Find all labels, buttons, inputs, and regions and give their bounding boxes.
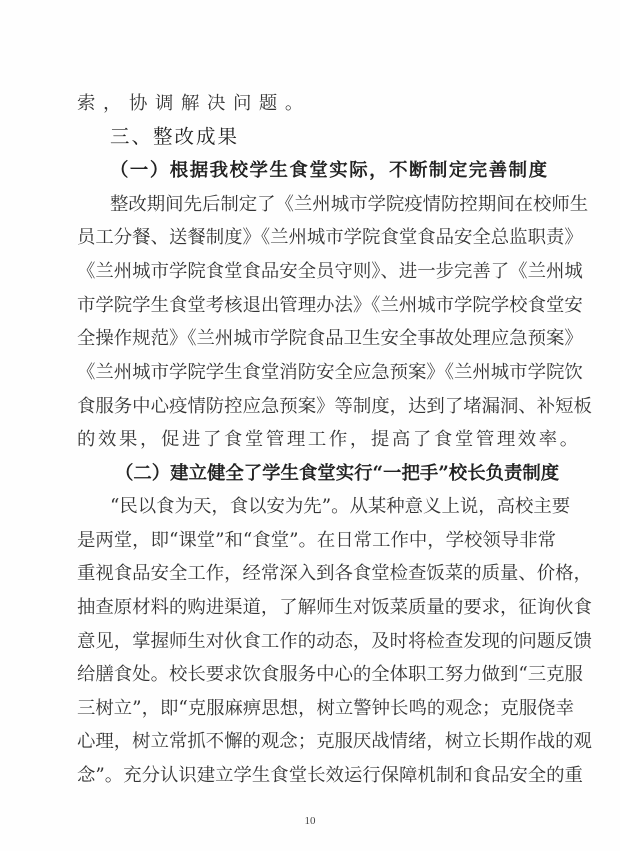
subsection-heading-2: （二）建立健全了学生食堂实行“一把手”校长负责制度: [115, 461, 547, 487]
body-line: 《兰州城市学院学生食堂消防安全应急预案》《兰州城市学院饮: [77, 360, 547, 386]
body-line: 三树立”，即“克服麻痹思想，树立警钟长鸣的观念；克服侥幸: [77, 696, 547, 722]
body-line: 是两堂，即“课堂”和“食堂”。在日常工作中，学校领导非常: [77, 528, 547, 554]
page-number: 10: [0, 815, 620, 827]
body-line: 心理，树立常抓不懈的观念；克服厌战情绪，树立长期作战的观: [77, 729, 547, 755]
body-line: 的效果，促进了食堂管理工作，提高了食堂管理效率。: [77, 427, 547, 453]
body-line: 全操作规范》《兰州城市学院食品卫生安全事故处理应急预案》: [77, 326, 547, 352]
section-heading-3: 三、整改成果: [110, 124, 580, 150]
body-line: 给膳食处。校长要求饮食服务中心的全体职工努力做到“三克服: [77, 662, 547, 688]
paragraph-continuation-line: 索，协调解决问题。: [77, 91, 547, 117]
body-line: 重视食品安全工作，经常深入到各食堂检查饭菜的质量、价格，: [77, 561, 547, 587]
body-line: 食服务中心疫情防控应急预案》等制度，达到了堵漏洞、补短板: [77, 394, 547, 420]
body-line: 意见，掌握师生对伙食工作的动态，及时将检查发现的问题反馈: [77, 629, 547, 655]
document-page: 索，协调解决问题。 三、整改成果 （一）根据我校学生食堂实际，不断制定完善制度 …: [0, 0, 620, 851]
body-line: 市学院学生食堂考核退出管理办法》《兰州城市学院学校食堂安: [77, 293, 547, 319]
body-line: 员工分餐、送餐制度》《兰州城市学院食堂食品安全总监职责》: [77, 225, 547, 251]
body-line: 抽查原材料的购进渠道，了解师生对饭菜质量的要求，征询伙食: [77, 595, 547, 621]
subsection-heading-1: （一）根据我校学生食堂实际，不断制定完善制度: [110, 158, 547, 184]
body-line: 整改期间先后制定了《兰州城市学院疫情防控期间在校师生: [110, 192, 547, 218]
body-line: 《兰州城市学院食堂食品安全员守则》、进一步完善了《兰州城: [77, 259, 547, 285]
body-line: 念”。充分认识建立学生食堂长效运行保障机制和食品安全的重: [77, 763, 547, 789]
body-line: “民以食为天，食以安为先”。从某种意义上说，高校主要: [110, 494, 547, 520]
